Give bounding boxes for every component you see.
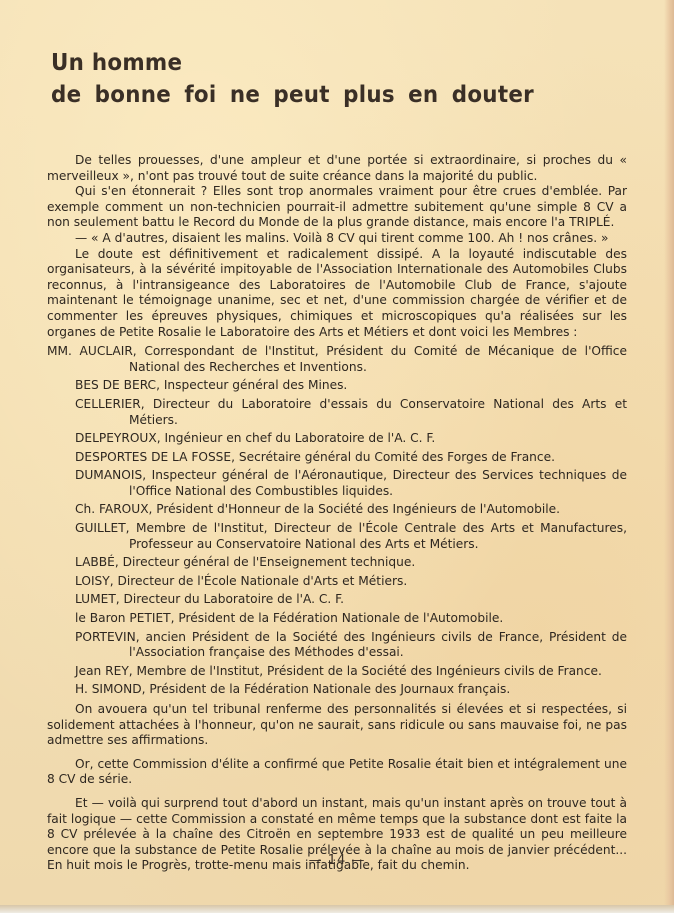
member-item: PORTEVIN, ancien Président de la Société… xyxy=(47,630,627,661)
member-name: Ch. FAROUX, xyxy=(75,502,152,516)
page-bottom-edge xyxy=(0,905,674,913)
member-role: Membre de l'Institut, Directeur de l'Éco… xyxy=(129,521,627,551)
member-role: Ingénieur en chef du Laboratoire de l'A.… xyxy=(164,431,435,445)
member-name: H. SIMOND, xyxy=(75,682,146,696)
member-item: DUMANOIS, Inspecteur général de l'Aérona… xyxy=(47,468,627,499)
member-name: LABBÉ, xyxy=(75,555,119,569)
member-role: Directeur du Laboratoire de l'A. C. F. xyxy=(124,592,345,606)
member-role: Président de la Fédération Nationale de … xyxy=(178,611,503,625)
paragraph: Qui s'en étonnerait ? Elles sont trop an… xyxy=(47,184,627,231)
paragraph: Or, cette Commission d'élite a confirmé … xyxy=(47,757,627,788)
page-edge-shadow xyxy=(664,0,674,913)
member-name: LUMET, xyxy=(75,592,120,606)
member-name: BES DE BERC, xyxy=(75,378,160,392)
member-role: Secrétaire général du Comité des Forges … xyxy=(239,450,555,464)
member-item: le Baron PETIET, Président de la Fédérat… xyxy=(47,611,627,627)
commission-members-list: MM. AUCLAIR, Correspondant de l'Institut… xyxy=(47,344,627,698)
member-name: LOISY, xyxy=(75,574,114,588)
member-role: Directeur général de l'Enseignement tech… xyxy=(123,555,416,569)
member-item: LABBÉ, Directeur général de l'Enseigneme… xyxy=(47,555,627,571)
paragraph: Le doute est définitivement et radicalem… xyxy=(47,247,627,341)
member-name: PORTEVIN, xyxy=(75,630,140,644)
article-title: Un homme de bonne foi ne peut plus en do… xyxy=(51,47,534,111)
member-role: Directeur du Laboratoire d'essais du Con… xyxy=(129,397,627,427)
paragraph: De telles prouesses, d'une ampleur et d'… xyxy=(47,153,627,184)
member-item: Jean REY, Membre de l'Institut, Présiden… xyxy=(47,664,627,680)
member-name: le Baron PETIET, xyxy=(75,611,175,625)
member-item: GUILLET, Membre de l'Institut, Directeur… xyxy=(47,521,627,552)
member-name: Jean REY, xyxy=(75,664,133,678)
member-role: Inspecteur général des Mines. xyxy=(164,378,348,392)
member-name: DUMANOIS, xyxy=(75,468,146,482)
title-line-2: de bonne foi ne peut plus en douter xyxy=(51,79,534,111)
paragraph: — « A d'autres, disaient les malins. Voi… xyxy=(47,231,627,247)
paragraph: On avouera qu'un tel tribunal renferme d… xyxy=(47,702,627,749)
member-item: DELPEYROUX, Ingénieur en chef du Laborat… xyxy=(47,431,627,447)
page-number: — 14 — xyxy=(0,853,674,868)
spacer xyxy=(47,749,627,757)
member-name: DELPEYROUX, xyxy=(75,431,161,445)
member-item: CELLERIER, Directeur du Laboratoire d'es… xyxy=(47,397,627,428)
member-name: GUILLET, xyxy=(75,521,130,535)
spacer xyxy=(47,788,627,796)
member-name: CELLERIER, xyxy=(75,397,145,411)
member-item: DESPORTES DE LA FOSSE, Secrétaire généra… xyxy=(47,450,627,466)
member-item: MM. AUCLAIR, Correspondant de l'Institut… xyxy=(47,344,627,375)
member-item: LUMET, Directeur du Laboratoire de l'A. … xyxy=(47,592,627,608)
member-role: Président de la Fédération Nationale des… xyxy=(149,682,510,696)
member-role: Membre de l'Institut, Président de la So… xyxy=(137,664,602,678)
title-line-1: Un homme xyxy=(51,47,534,79)
member-item: Ch. FAROUX, Président d'Honneur de la So… xyxy=(47,502,627,518)
member-role: Inspecteur général de l'Aéronautique, Di… xyxy=(129,468,627,498)
member-role: Directeur de l'École Nationale d'Arts et… xyxy=(117,574,407,588)
member-name: DESPORTES DE LA FOSSE, xyxy=(75,450,235,464)
member-item: BES DE BERC, Inspecteur général des Mine… xyxy=(47,378,627,394)
member-role: Correspondant de l'Institut, Président d… xyxy=(129,344,627,374)
member-item: H. SIMOND, Président de la Fédération Na… xyxy=(47,682,627,698)
member-role: Président d'Honneur de la Société des In… xyxy=(156,502,560,516)
member-name: MM. AUCLAIR, xyxy=(47,344,137,358)
article-body: De telles prouesses, d'une ampleur et d'… xyxy=(47,153,627,874)
member-item: LOISY, Directeur de l'École Nationale d'… xyxy=(47,574,627,590)
member-role: ancien Président de la Société des Ingén… xyxy=(129,630,627,660)
